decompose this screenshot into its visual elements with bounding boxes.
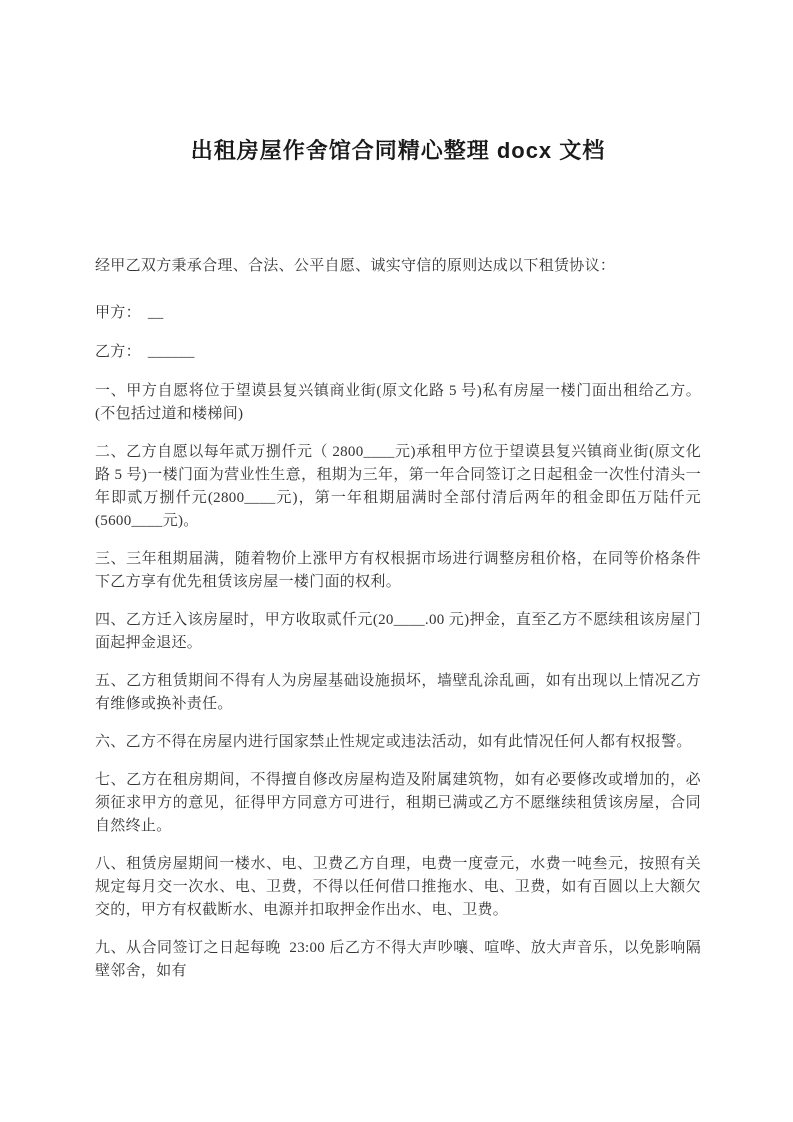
party-a-line: 甲方：__ [95,302,701,325]
party-a-label: 甲方： [95,305,141,321]
contract-clause: 六、乙方不得在房屋内进行国家禁止性规定或违法活动，如有此情况任何人都有权报警。 [95,731,701,754]
contract-clause: 七、乙方在租房期间，不得擅自修改房屋构造及附属建筑物，如有必要修改或增加的，必须… [95,769,701,838]
contract-clause: 八、租赁房屋期间一楼水、电、卫费乙方自理，电费一度壹元，水费一吨叁元，按照有关规… [95,853,701,922]
contract-clause: 三、三年租期届满，随着物价上涨甲方有权根据市场进行调整房租价格，在同等价格条件下… [95,548,701,594]
contract-clause: 一、甲方自愿将位于望谟县复兴镇商业街(原文化路 5 号)私有房屋一楼门面出租给乙… [95,380,701,426]
contract-clause: 二、乙方自愿以每年贰万捌仟元（ 2800____元)承租甲方位于望谟县复兴镇商业… [95,441,701,533]
contract-clause: 九、从合同签订之日起每晚 23:00 后乙方不得大声吵嚷、喧哗、放大声音乐，以免… [95,937,701,983]
intro-paragraph: 经甲乙双方秉承合理、合法、公平自愿、诚实守信的原则达成以下租赁协议： [95,255,701,278]
contract-clause: 五、乙方租赁期间不得有人为房屋基础设施损坏，墙壁乱涂乱画，如有出现以上情况乙方有… [95,670,701,716]
contract-clause: 四、乙方迁入该房屋时，甲方收取贰仟元(20____.00 元)押金，直至乙方不愿… [95,609,701,655]
party-a-blank: __ [148,305,164,321]
party-b-line: 乙方：______ [95,341,701,364]
party-b-blank: ______ [148,344,195,360]
clause-list: 一、甲方自愿将位于望谟县复兴镇商业街(原文化路 5 号)私有房屋一楼门面出租给乙… [95,380,701,983]
document-title: 出租房屋作舍馆合同精心整理 docx 文档 [95,138,701,164]
document-page: 出租房屋作舍馆合同精心整理 docx 文档 经甲乙双方秉承合理、合法、公平自愿、… [0,0,793,1122]
party-b-label: 乙方： [95,344,141,360]
